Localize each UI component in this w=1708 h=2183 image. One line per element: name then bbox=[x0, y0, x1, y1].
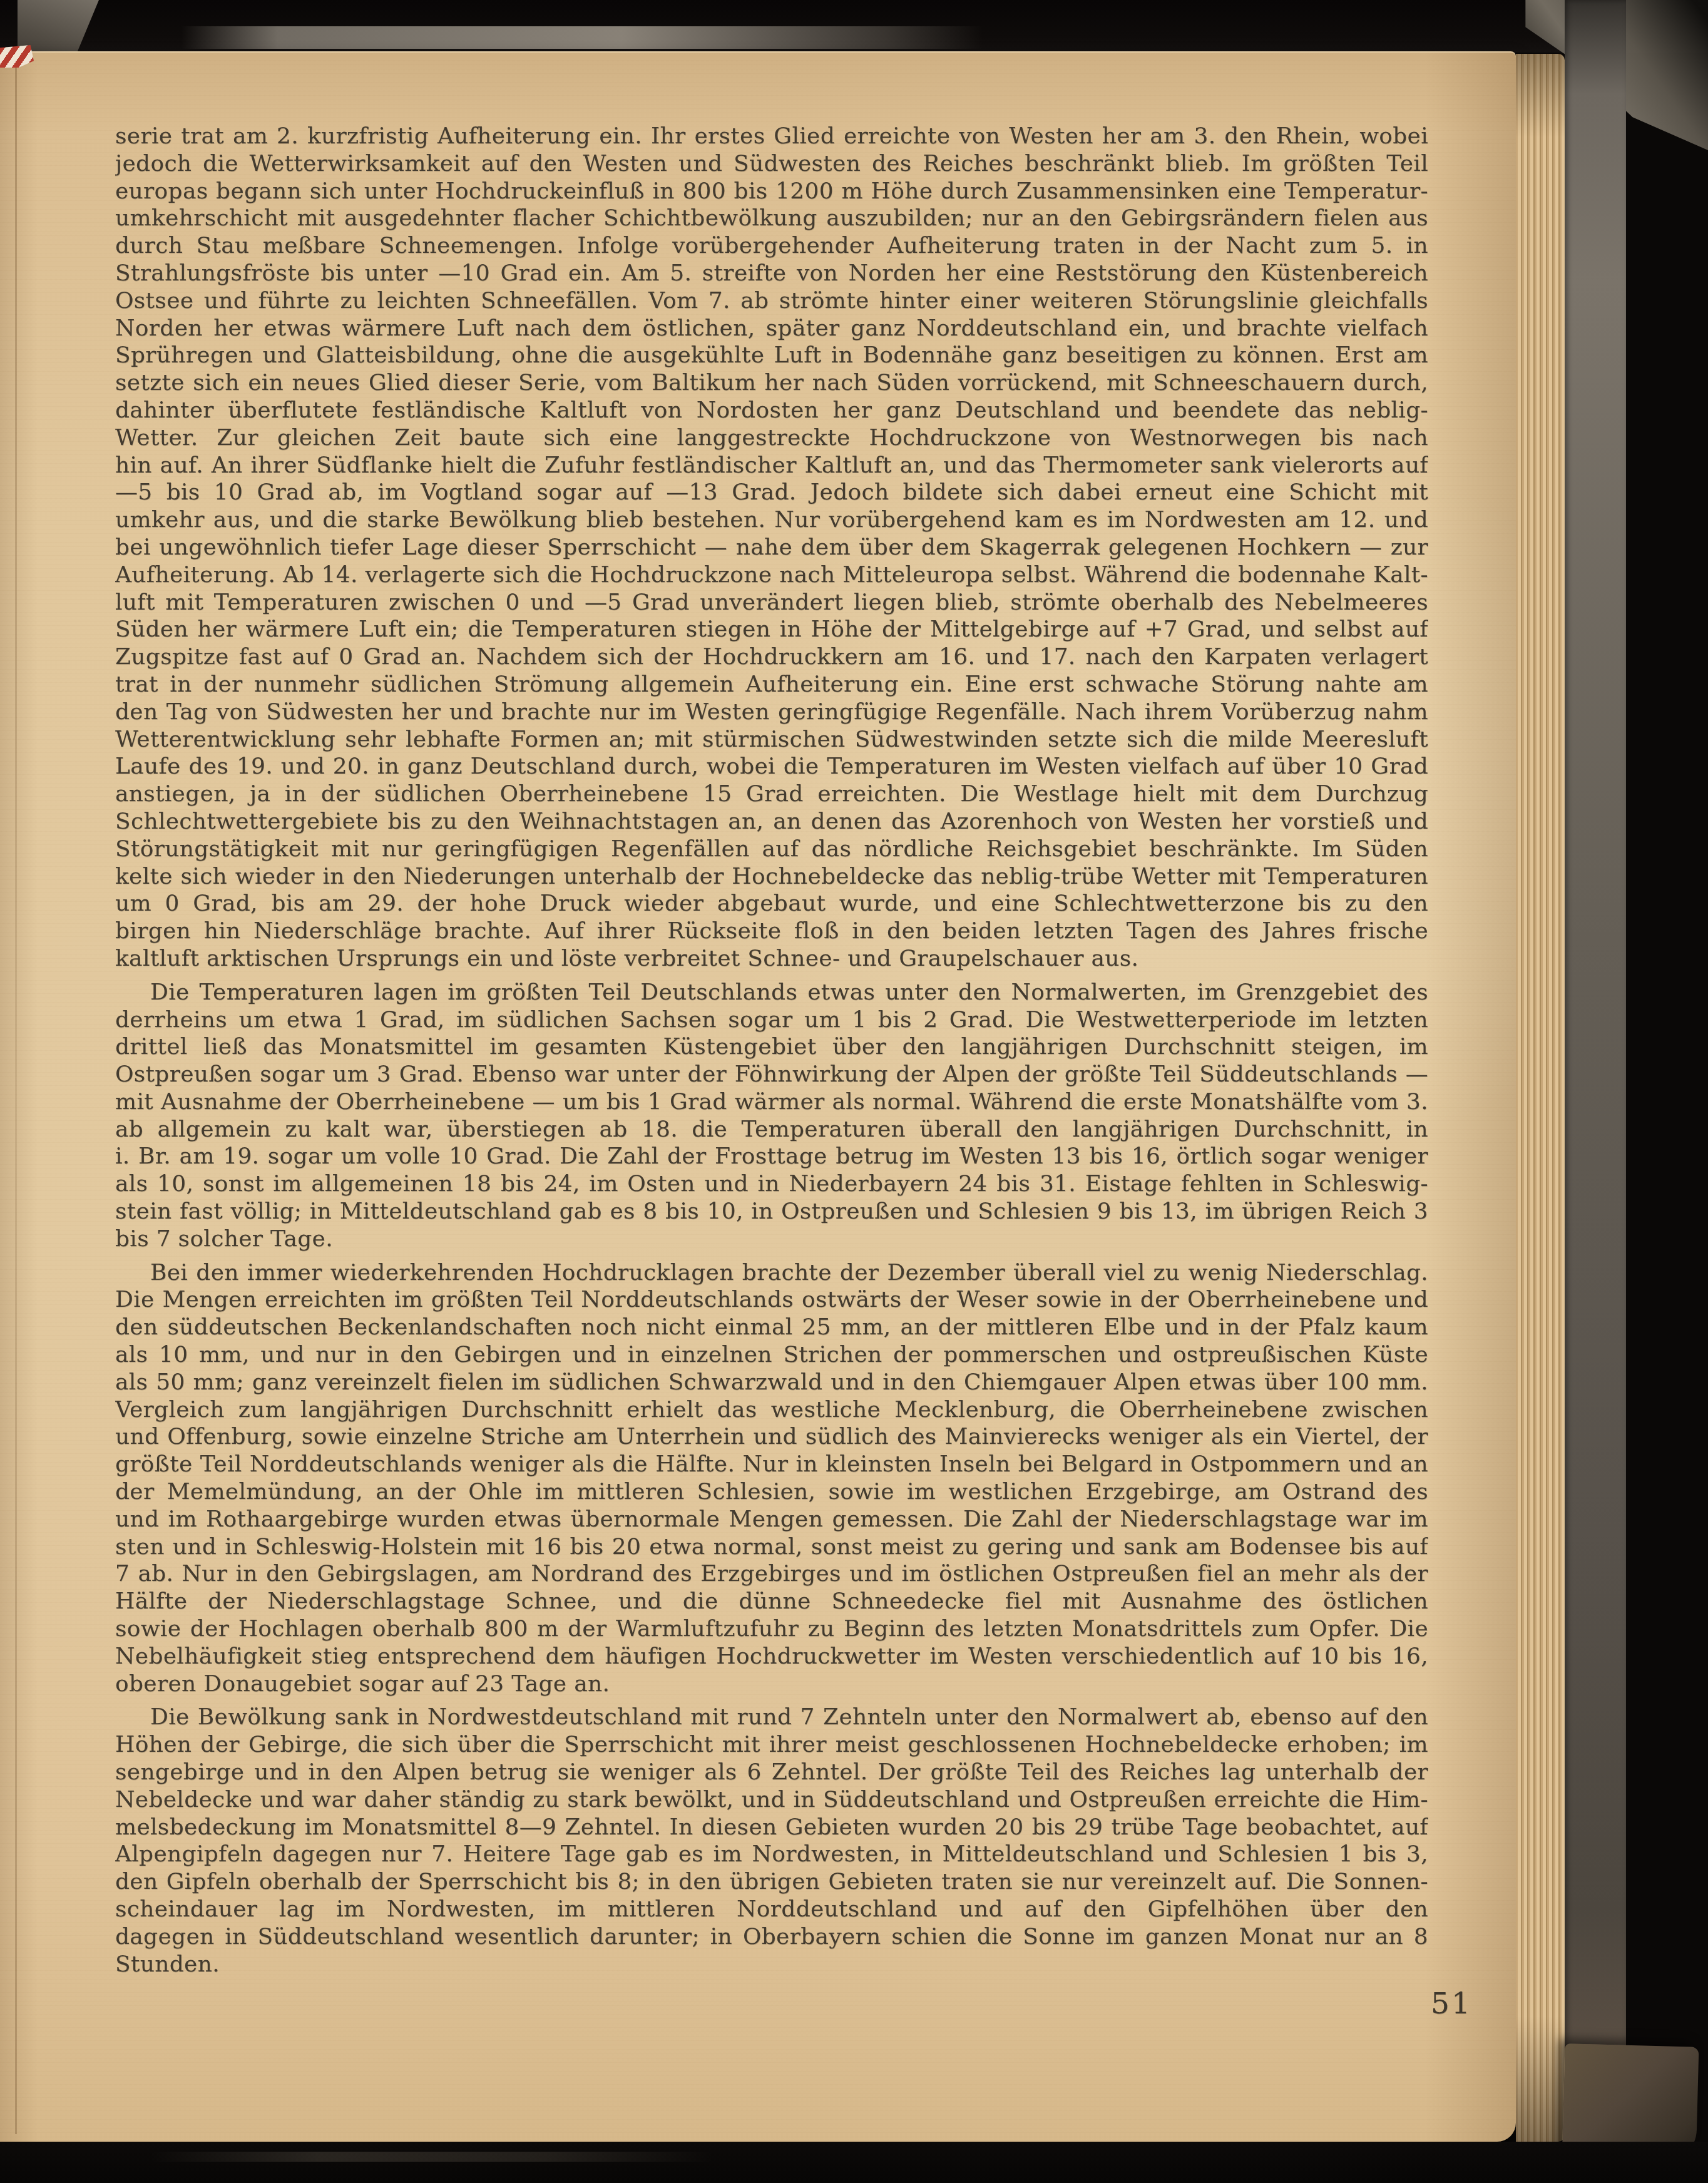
text-line: setzte sich ein neues Glied dieser Serie… bbox=[115, 369, 1428, 397]
paragraph-3: Bei den immer wiederkehrenden Hochdruckl… bbox=[115, 1259, 1428, 1698]
text-line: oberen Donaugebiet sogar auf 23 Tage an. bbox=[115, 1670, 1428, 1698]
paragraph-1: serie trat am 2. kurzfristig Aufheiterun… bbox=[115, 123, 1428, 973]
text-line: hin auf. An ihrer Südflanke hielt die Zu… bbox=[115, 452, 1428, 479]
page-gutter-crease bbox=[15, 56, 17, 2134]
text-line: Ostsee und führte zu leichten Schneefäll… bbox=[115, 287, 1428, 315]
text-line: bei ungewöhnlich tiefer Lage dieser Sper… bbox=[115, 534, 1428, 561]
text-line: Die Bewölkung sank in Nordwestdeutschlan… bbox=[115, 1704, 1428, 1731]
text-line: luft mit Temperaturen zwischen 0 und —5 … bbox=[115, 589, 1428, 616]
text-line: durch Stau meßbare Schneemengen. Infolge… bbox=[115, 232, 1428, 260]
text-line: europas begann sich unter Hochdruckeinfl… bbox=[115, 178, 1428, 205]
text-line: kelte sich wieder in den Niederungen unt… bbox=[115, 863, 1428, 891]
text-line: Zugspitze fast auf 0 Grad an. Nachdem si… bbox=[115, 643, 1428, 671]
text-line: Hälfte der Niederschlagstage Schnee, und… bbox=[115, 1588, 1428, 1615]
text-line: Aufheiterung. Ab 14. verlagerte sich die… bbox=[115, 561, 1428, 589]
text-line: Norden her etwas wärmere Luft nach dem ö… bbox=[115, 315, 1428, 342]
text-line: kaltluft arktischen Ursprungs ein und lö… bbox=[115, 945, 1428, 973]
text-line: den Tag von Südwesten her und brachte nu… bbox=[115, 698, 1428, 726]
cover-background-bottom bbox=[0, 2142, 1708, 2183]
text-line: größte Teil Norddeutschlands weniger als… bbox=[115, 1451, 1428, 1478]
text-line: umkehrschicht mit ausgedehnter flacher S… bbox=[115, 205, 1428, 232]
text-line: den süddeutschen Beckenlandschaften noch… bbox=[115, 1314, 1428, 1341]
text-line: Vergleich zum langjährigen Durchschnitt … bbox=[115, 1396, 1428, 1424]
text-line: dagegen in Süddeutschland wesentlich dar… bbox=[115, 1923, 1428, 1951]
text-line: als 50 mm; ganz vereinzelt fielen im süd… bbox=[115, 1369, 1428, 1396]
text-line: birgen hin Niederschläge brachte. Auf ih… bbox=[115, 918, 1428, 945]
text-line: 7 ab. Nur in den Gebirgslagen, am Nordra… bbox=[115, 1560, 1428, 1588]
text-line: bis 7 solcher Tage. bbox=[115, 1225, 1428, 1253]
text-line: und Offenburg, sowie einzelne Striche am… bbox=[115, 1423, 1428, 1451]
text-line: Die Temperaturen lagen im größten Teil D… bbox=[115, 979, 1428, 1006]
text-line: dahinter überflutete festländische Kaltl… bbox=[115, 397, 1428, 424]
text-line: umkehr aus, und die starke Bewölkung bli… bbox=[115, 506, 1428, 534]
text-line: i. Br. am 19. sogar um volle 10 Grad. Di… bbox=[115, 1143, 1428, 1170]
text-line: Störungstätigkeit mit nur geringfügigen … bbox=[115, 836, 1428, 863]
page-number: 51 bbox=[1431, 1986, 1487, 2021]
book-scan: serie trat am 2. kurzfristig Aufheiterun… bbox=[0, 0, 1708, 2183]
page-text: serie trat am 2. kurzfristig Aufheiterun… bbox=[115, 123, 1428, 1978]
text-line: sengebirge und in den Alpen betrug sie w… bbox=[115, 1759, 1428, 1786]
text-line: Laufe des 19. und 20. in ganz Deutschlan… bbox=[115, 753, 1428, 780]
text-line: Ostpreußen sogar um 3 Grad. Ebenso war u… bbox=[115, 1061, 1428, 1088]
text-line: mit Ausnahme der Oberrheinebene — um bis… bbox=[115, 1088, 1428, 1116]
text-line: sowie der Hochlagen oberhalb 800 m der W… bbox=[115, 1615, 1428, 1643]
text-line: Alpengipfeln dagegen nur 7. Heitere Tage… bbox=[115, 1841, 1428, 1868]
text-line: ab allgemein zu kalt war, überstiegen ab… bbox=[115, 1116, 1428, 1143]
text-line: Nebelhäufigkeit stieg entsprechend dem h… bbox=[115, 1643, 1428, 1670]
text-line: Schlechtwettergebiete bis zu den Weihnac… bbox=[115, 808, 1428, 836]
text-line: anstiegen, ja in der südlichen Oberrhein… bbox=[115, 780, 1428, 808]
text-line: Süden her wärmere Luft ein; die Temperat… bbox=[115, 616, 1428, 643]
text-line: Wetterentwicklung sehr lebhafte Formen a… bbox=[115, 726, 1428, 754]
text-line: serie trat am 2. kurzfristig Aufheiterun… bbox=[115, 123, 1428, 150]
text-line: Stunden. bbox=[115, 1951, 1428, 1978]
text-line: um 0 Grad, bis am 29. der hohe Druck wie… bbox=[115, 890, 1428, 918]
pages-stack-edge bbox=[1565, 0, 1626, 2183]
text-line: scheindauer lag im Nordwesten, im mittle… bbox=[115, 1896, 1428, 1923]
text-line: stein fast völlig; in Mitteldeutschland … bbox=[115, 1198, 1428, 1225]
text-line: Strahlungsfröste bis unter —10 Grad ein.… bbox=[115, 260, 1428, 287]
text-line: drittel ließ das Monatsmittel im gesamte… bbox=[115, 1033, 1428, 1061]
cover-bottom-highlight bbox=[150, 2152, 713, 2162]
text-line: derrheins um etwa 1 Grad, im südlichen S… bbox=[115, 1006, 1428, 1034]
cover-edge-highlight bbox=[182, 26, 983, 49]
text-line: Nebeldecke und war daher ständig zu star… bbox=[115, 1786, 1428, 1814]
text-line: den Gipfeln oberhalb der Sperrschicht bi… bbox=[115, 1868, 1428, 1896]
text-line: Wetter. Zur gleichen Zeit baute sich ein… bbox=[115, 424, 1428, 452]
page-fore-edge bbox=[1516, 54, 1565, 2142]
paragraph-4: Die Bewölkung sank in Nordwestdeutschlan… bbox=[115, 1704, 1428, 1978]
text-line: Die Mengen erreichten im größten Teil No… bbox=[115, 1286, 1428, 1314]
text-line: und im Rothaargebirge wurden etwas übern… bbox=[115, 1506, 1428, 1533]
text-line: der Memelmündung, an der Ohle im mittler… bbox=[115, 1478, 1428, 1506]
text-line: sten und in Schleswig-Holstein mit 16 bi… bbox=[115, 1533, 1428, 1561]
paragraph-2: Die Temperaturen lagen im größten Teil D… bbox=[115, 979, 1428, 1253]
text-line: als 10, sonst im allgemeinen 18 bis 24, … bbox=[115, 1170, 1428, 1198]
text-line: Höhen der Gebirge, die sich über die Spe… bbox=[115, 1731, 1428, 1759]
text-line: trat in der nunmehr südlichen Strömung a… bbox=[115, 671, 1428, 698]
text-line: Sprühregen und Glatteisbildung, ohne die… bbox=[115, 342, 1428, 369]
text-line: —5 bis 10 Grad ab, im Vogtland sogar auf… bbox=[115, 479, 1428, 506]
text-line: als 10 mm, und nur in den Gebirgen und i… bbox=[115, 1341, 1428, 1369]
text-line: jedoch die Wetterwirksamkeit auf den Wes… bbox=[115, 150, 1428, 178]
text-line: melsbedeckung im Monatsmittel 8—9 Zehnte… bbox=[115, 1814, 1428, 1841]
text-line: Bei den immer wiederkehrenden Hochdruckl… bbox=[115, 1259, 1428, 1287]
